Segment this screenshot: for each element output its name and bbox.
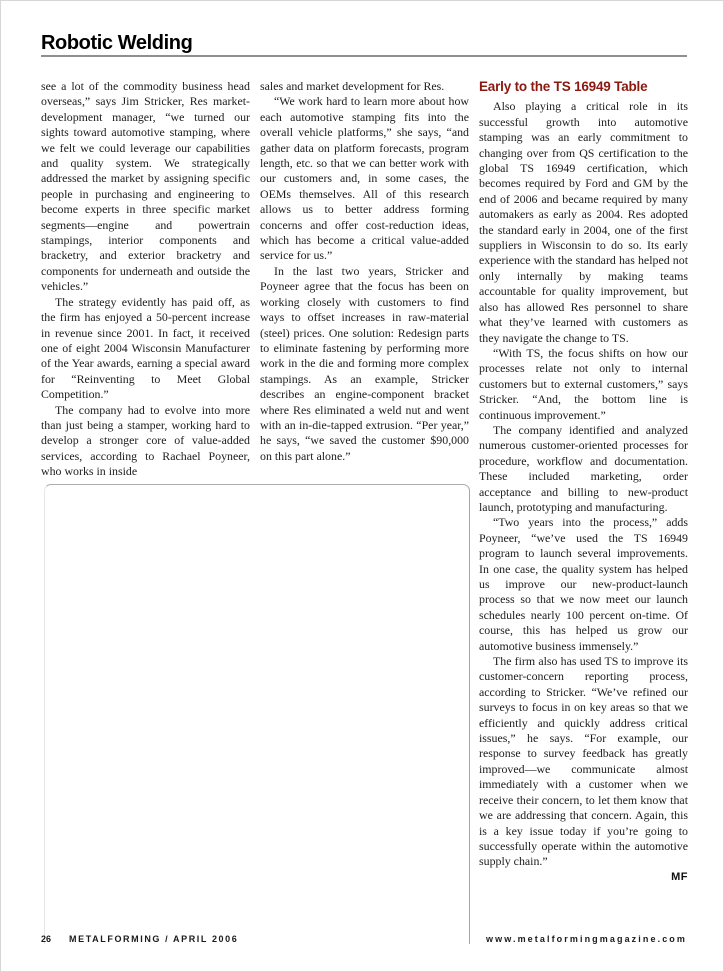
paragraph: In the last two years, Stricker and Poyn… xyxy=(260,264,469,464)
paragraph: “With TS, the focus shifts on how our pr… xyxy=(479,346,688,423)
article-title: Robotic Welding xyxy=(41,31,687,55)
page-number: 26 xyxy=(41,934,51,944)
magazine-page: Robotic Welding see a lot of the commodi… xyxy=(0,0,724,972)
paragraph: The firm also has used TS to improve its… xyxy=(479,654,688,870)
footer-left: 26 METALFORMING / APRIL 2006 xyxy=(41,934,238,944)
column-3: Early to the TS 16949 Table Also playing… xyxy=(479,79,688,885)
paragraph: “Two years into the process,” adds Poyne… xyxy=(479,515,688,654)
section-heading: Early to the TS 16949 Table xyxy=(479,79,688,94)
page-footer: 26 METALFORMING / APRIL 2006 www.metalfo… xyxy=(41,934,687,944)
paragraph: sales and market development for Res. xyxy=(260,79,469,94)
publication-name: METALFORMING / APRIL 2006 xyxy=(69,934,238,944)
paragraph: The strategy evidently has paid off, as … xyxy=(41,295,250,403)
empty-figure-box xyxy=(44,484,470,944)
paragraph: The company had to evolve into more than… xyxy=(41,403,250,480)
paragraph: The company identified and analyzed nume… xyxy=(479,423,688,515)
paragraph: “We work hard to learn more about how ea… xyxy=(260,94,469,263)
article-end-mark: MF xyxy=(479,870,688,885)
website-url: www.metalformingmagazine.com xyxy=(486,934,687,944)
paragraph: see a lot of the commodity business head… xyxy=(41,79,250,295)
article-header: Robotic Welding xyxy=(41,31,687,57)
paragraph: Also playing a critical role in its succ… xyxy=(479,99,688,346)
